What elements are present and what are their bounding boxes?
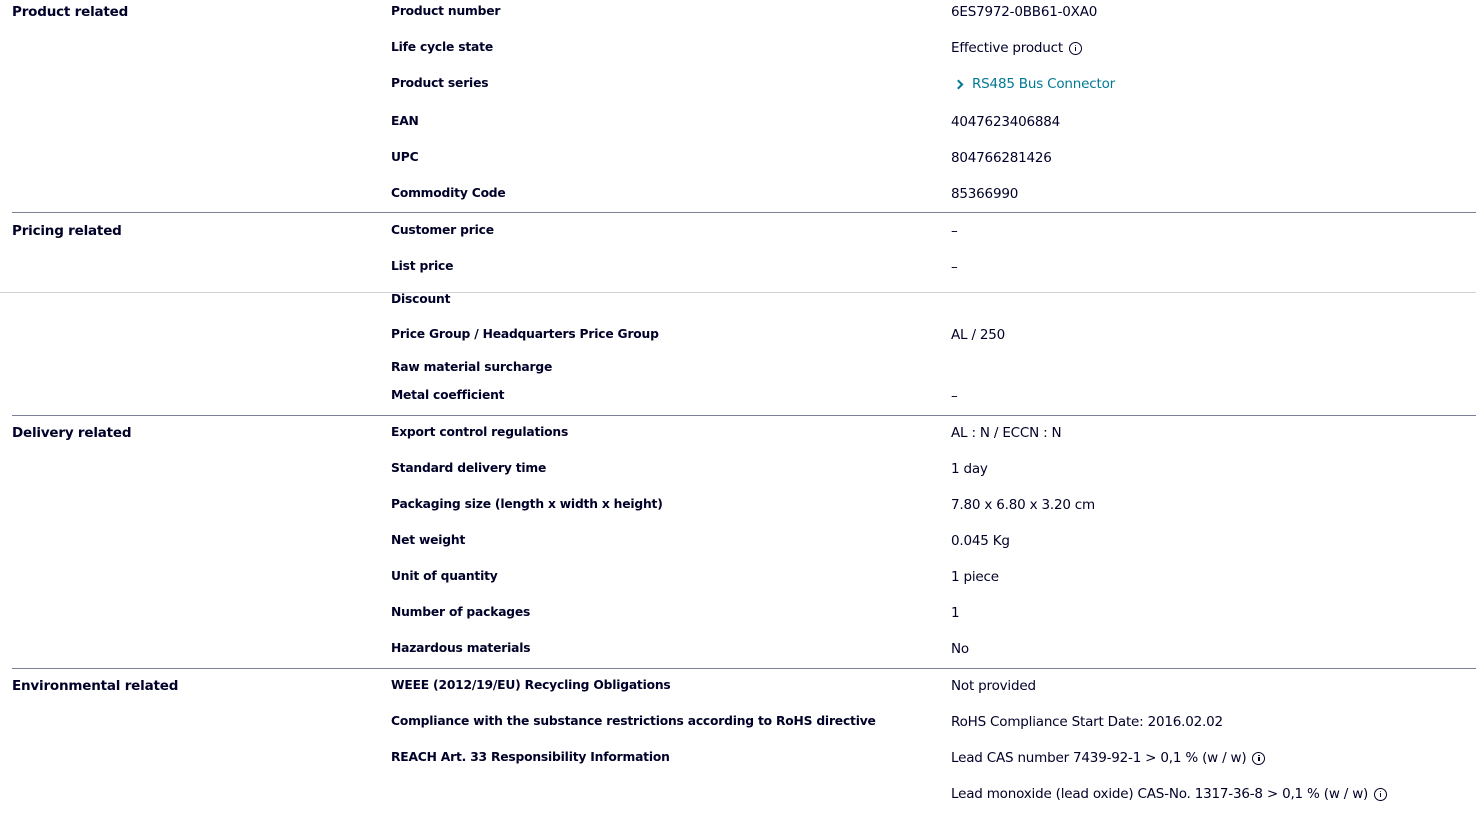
value-packaging-size: 7.80 x 6.80 x 3.20 cm <box>951 497 1095 513</box>
value-product-number: 6ES7972-0BB61-0XA0 <box>951 4 1097 20</box>
label-customer-price: Customer price <box>391 223 494 237</box>
value-customer-price: – <box>951 223 958 239</box>
section-divider <box>12 668 1476 669</box>
row-export-control: Export control regulations AL : N / ECCN… <box>0 425 1476 445</box>
label-commodity-code: Commodity Code <box>391 186 506 200</box>
row-list-price: List price – <box>0 259 1476 279</box>
label-standard-delivery-time: Standard delivery time <box>391 461 546 475</box>
label-list-price: List price <box>391 259 453 273</box>
value-standard-delivery-time: 1 day <box>951 461 988 477</box>
label-packaging-size: Packaging size (length x width x height) <box>391 497 663 511</box>
value-hazardous-materials: No <box>951 641 969 657</box>
row-packaging-size: Packaging size (length x width x height)… <box>0 497 1476 517</box>
value-ean: 4047623406884 <box>951 114 1060 130</box>
label-unit-of-quantity: Unit of quantity <box>391 569 498 583</box>
reach-lead-text: Lead CAS number 7439-92-1 > 0,1 % (w / w… <box>951 750 1246 766</box>
row-standard-delivery-time: Standard delivery time 1 day <box>0 461 1476 481</box>
label-discount: Discount <box>391 292 450 306</box>
value-reach-lead-oxide: Lead monoxide (lead oxide) CAS-No. 1317-… <box>951 786 1387 802</box>
product-series-link[interactable]: RS485 Bus Connector <box>951 76 1115 92</box>
value-metal-coefficient: – <box>951 388 958 404</box>
row-upc: UPC 804766281426 <box>0 150 1476 170</box>
label-reach: REACH Art. 33 Responsibility Information <box>391 750 670 764</box>
info-icon[interactable] <box>1252 752 1265 765</box>
row-product-series: Product series RS485 Bus Connector <box>0 76 1476 96</box>
value-reach-lead: Lead CAS number 7439-92-1 > 0,1 % (w / w… <box>951 750 1265 766</box>
value-product-series: RS485 Bus Connector <box>951 76 1115 92</box>
info-icon[interactable] <box>1374 788 1387 801</box>
value-net-weight: 0.045 Kg <box>951 533 1010 549</box>
label-product-number: Product number <box>391 4 500 18</box>
row-ean: EAN 4047623406884 <box>0 114 1476 134</box>
row-commodity-code: Commodity Code 85366990 <box>0 186 1476 206</box>
product-series-link-text: RS485 Bus Connector <box>972 76 1115 92</box>
value-list-price: – <box>951 259 958 275</box>
value-upc: 804766281426 <box>951 150 1052 166</box>
value-unit-of-quantity: 1 piece <box>951 569 999 585</box>
value-commodity-code: 85366990 <box>951 186 1018 202</box>
row-hazardous-materials: Hazardous materials No <box>0 641 1476 661</box>
value-life-cycle-state: Effective product <box>951 40 1082 56</box>
chevron-right-icon <box>954 79 964 89</box>
label-upc: UPC <box>391 150 418 164</box>
row-unit-of-quantity: Unit of quantity 1 piece <box>0 569 1476 589</box>
label-product-series: Product series <box>391 76 488 90</box>
label-hazardous-materials: Hazardous materials <box>391 641 530 655</box>
label-ean: EAN <box>391 114 419 128</box>
reach-lead-oxide-text: Lead monoxide (lead oxide) CAS-No. 1317-… <box>951 786 1368 802</box>
value-weee: Not provided <box>951 678 1036 694</box>
section-divider <box>12 212 1476 213</box>
label-number-of-packages: Number of packages <box>391 605 530 619</box>
row-customer-price: Customer price – <box>0 223 1476 243</box>
value-rohs: RoHS Compliance Start Date: 2016.02.02 <box>951 714 1223 730</box>
value-price-group: AL / 250 <box>951 327 1005 343</box>
label-metal-coefficient: Metal coefficient <box>391 388 504 402</box>
row-net-weight: Net weight 0.045 Kg <box>0 533 1476 553</box>
value-number-of-packages: 1 <box>951 605 959 621</box>
row-product-number: Product number 6ES7972-0BB61-0XA0 <box>0 4 1476 24</box>
row-reach: REACH Art. 33 Responsibility Information… <box>0 750 1476 770</box>
row-price-group: Price Group / Headquarters Price Group A… <box>0 327 1476 347</box>
row-discount: Discount <box>0 292 1476 312</box>
label-net-weight: Net weight <box>391 533 465 547</box>
label-weee: WEEE (2012/19/EU) Recycling Obligations <box>391 678 671 692</box>
row-metal-coefficient: Metal coefficient – <box>0 388 1476 408</box>
row-rohs: Compliance with the substance restrictio… <box>0 714 1476 734</box>
label-export-control: Export control regulations <box>391 425 568 439</box>
row-raw-material-surcharge: Raw material surcharge <box>0 360 1476 380</box>
row-life-cycle-state: Life cycle state Effective product <box>0 40 1476 60</box>
label-price-group: Price Group / Headquarters Price Group <box>391 327 659 341</box>
value-export-control: AL : N / ECCN : N <box>951 425 1061 441</box>
section-divider <box>12 415 1476 416</box>
info-icon[interactable] <box>1069 42 1082 55</box>
row-weee: WEEE (2012/19/EU) Recycling Obligations … <box>0 678 1476 698</box>
label-life-cycle-state: Life cycle state <box>391 40 493 54</box>
life-cycle-state-text: Effective product <box>951 40 1063 56</box>
row-reach-lead-oxide: Lead monoxide (lead oxide) CAS-No. 1317-… <box>0 786 1476 806</box>
label-raw-material-surcharge: Raw material surcharge <box>391 360 552 374</box>
label-rohs: Compliance with the substance restrictio… <box>391 714 876 728</box>
row-number-of-packages: Number of packages 1 <box>0 605 1476 625</box>
